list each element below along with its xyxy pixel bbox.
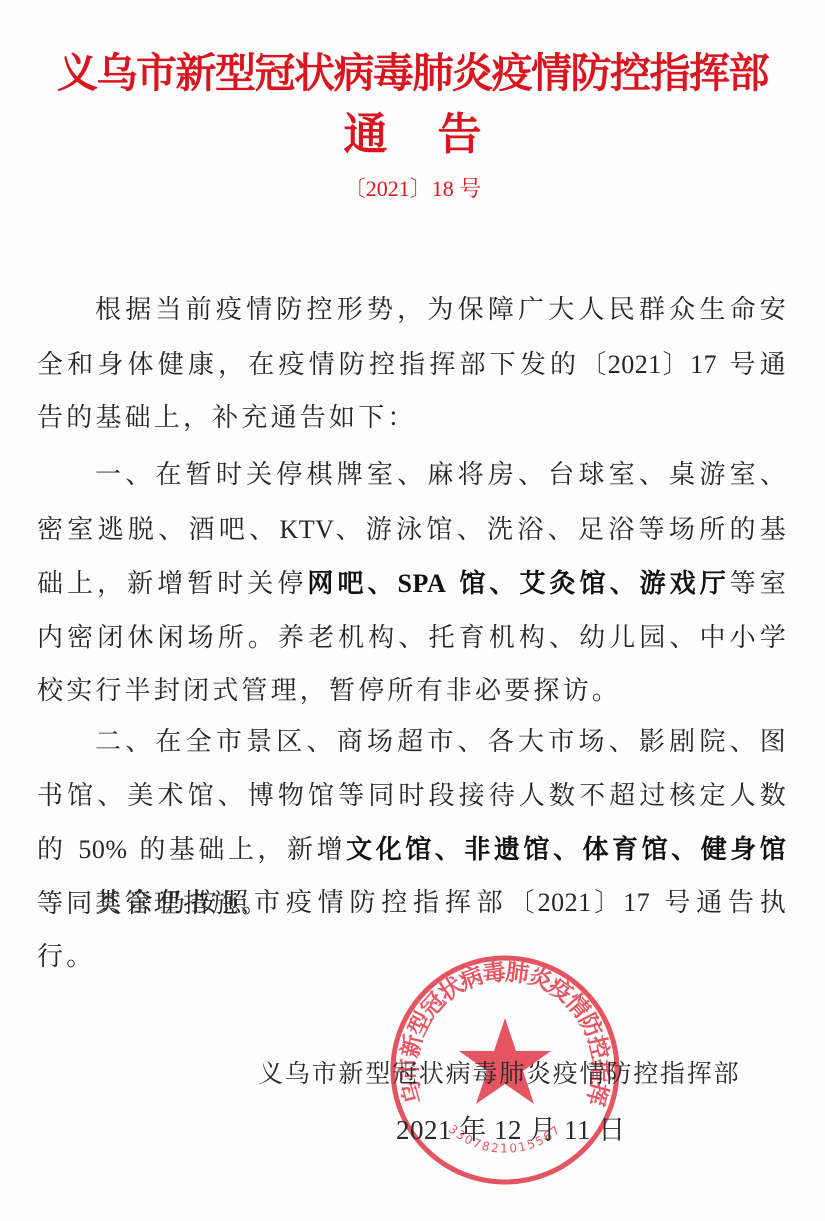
issue-date: 2021 年 12 月 11 日 [396, 1108, 626, 1147]
item1-bold-a: 网吧、 [307, 569, 397, 599]
issuer-title: 义乌市新型冠状病毒肺炎疫情防控指挥部 [0, 48, 825, 98]
item2-percent: 50% [78, 835, 127, 864]
item1-bold-spa: SPA [398, 569, 447, 598]
item2-bold: 文化馆、非遗馆、体育馆、健身馆 [346, 835, 789, 865]
date-year-unit: 年 [452, 1115, 494, 1145]
date-day-unit: 日 [591, 1115, 626, 1145]
date-month-unit: 月 [522, 1115, 564, 1145]
notice-document: 义乌市新型冠状病毒肺炎疫情防控指挥部 通告 〔2021〕18 号 根据当前疫情防… [0, 0, 825, 1221]
item2-text-b: 的基础上，新增 [128, 835, 347, 865]
signature-issuer: 义乌市新型冠状病毒肺炎疫情防控指挥部 [258, 1054, 740, 1090]
paragraph-item-1: 一、在暂时关停棋牌室、麻将房、台球室、桌游室、密室逃脱、酒吧、KTV、游泳馆、洗… [37, 449, 789, 719]
item1-ktv: KTV [279, 515, 334, 544]
closing-text-a: 其余仍按照市疫情防控指挥部 [95, 888, 508, 918]
item1-bold-b: 馆、艾灸馆、游戏厅 [446, 569, 730, 599]
date-year: 2021 [396, 1115, 452, 1145]
date-month: 12 [494, 1115, 522, 1145]
document-number: 〔2021〕18 号 [0, 174, 825, 204]
notice-title-char-2: 告 [438, 108, 482, 162]
paragraph-intro: 根据当前疫情防控形势，为保障广大人民群众生命安全和身体健康，在疫情防控指挥部下发… [37, 284, 789, 446]
closing-ref: 〔2021〕17 [508, 888, 650, 917]
intro-ref: 〔2021〕17 [580, 350, 717, 379]
notice-title: 通告 [0, 108, 825, 162]
date-day: 11 [564, 1115, 591, 1145]
notice-title-char-1: 通 [344, 108, 388, 162]
